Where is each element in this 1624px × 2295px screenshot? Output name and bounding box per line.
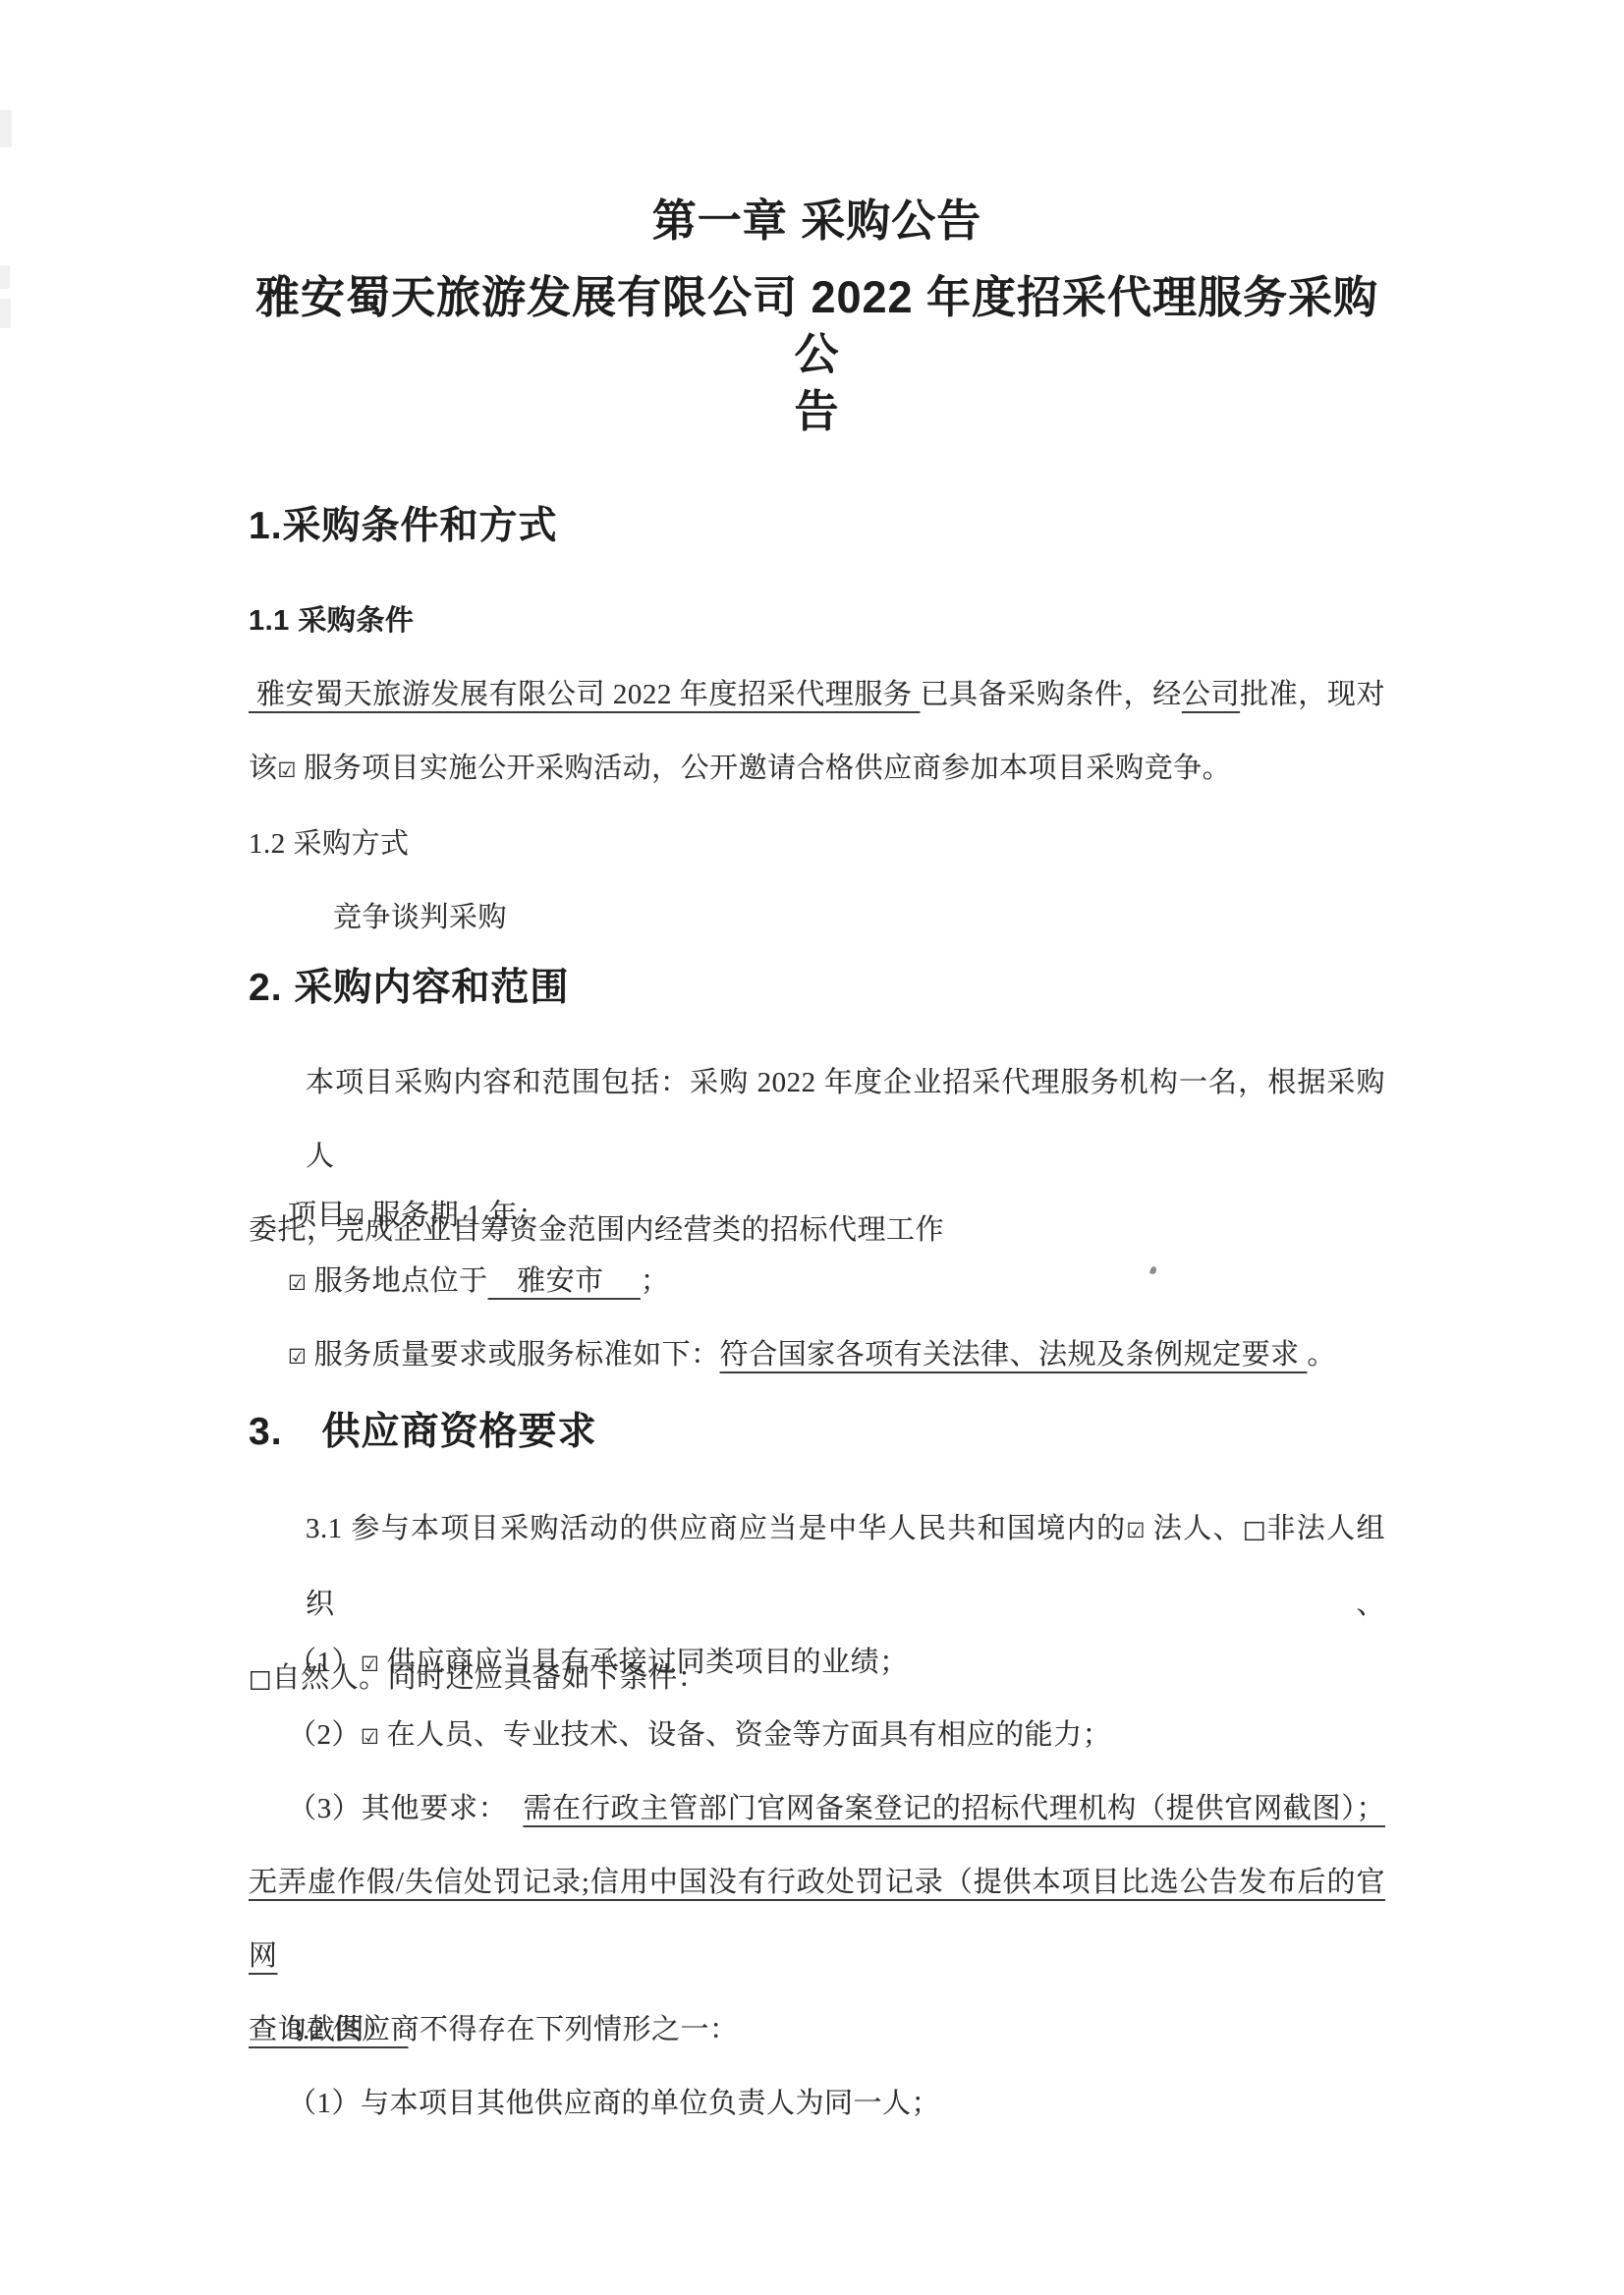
paragraph-text: 3.1 参与本项目采购活动的供应商应当是中华人民共和国境内的 [306, 1513, 1126, 1544]
service-location-punct: ； [641, 1265, 670, 1297]
service-period-line: 项目☑ 服务期 1 年； [249, 1179, 1425, 1255]
doc-title: 雅安蜀天旅游发展有限公司 2022 年度招采代理服务采购公告 [249, 269, 1385, 440]
scan-artifact [0, 299, 11, 328]
item-number: （1） [288, 1647, 361, 1678]
section-2-heading: 2. 采购内容和范围 [249, 965, 1385, 1012]
checked-checkbox-icon: ☑ [361, 1652, 379, 1676]
procurement-method-text: 竞争谈判采购 [333, 902, 507, 933]
paragraph-text: 批准，现对 [1240, 679, 1385, 710]
section-3-2-text: 3.2 供应商不得存在下列情形之一： [288, 2014, 739, 2045]
section-1-heading: 1.采购条件和方式 [249, 503, 1385, 550]
location-underlined: 雅安市 [488, 1265, 641, 1297]
section-1-2-heading: 1.2 采购方式 [249, 808, 1385, 881]
item-number: （2） [288, 1719, 361, 1751]
paragraph-line: （3）其他要求： 需在行政主管部门官网备案登记的招标代理机构（提供官网截图）； [249, 1772, 1385, 1846]
procurement-method: 竞争谈判采购 [249, 881, 1470, 955]
paragraph-text: 本项目采购内容和范围包括：采购 2022 年度企业招采代理服务机构一名，根据采购… [306, 1067, 1385, 1172]
chapter-title: 第一章 采购公告 [249, 193, 1385, 250]
checked-checkbox-icon: ☑ [361, 1725, 379, 1749]
section-1-heading-text: 1.采购条件和方式 [249, 505, 558, 547]
item-text: （1）与本项目其他供应商的单位负责人为同一人； [288, 2088, 940, 2119]
scan-artifact [0, 110, 12, 147]
doc-title-line1: 雅安蜀天旅游发展有限公司 2022 年度招采代理服务采购公 [249, 269, 1385, 383]
paragraph-line: 无弄虚作假/失信处罚记录;信用中国没有行政处罚记录（提供本项目比选公告发布后的官… [249, 1846, 1385, 1993]
condition-item-2: （2）☑ 在人员、专业技术、设备、资金等方面具有相应的能力； [249, 1699, 1425, 1774]
section-2-heading-text: 2. 采购内容和范围 [249, 967, 569, 1009]
section-1-1-heading: 1.1 采购条件 [249, 601, 1385, 641]
paragraph-text: 服务项目实施公开采购活动，公开邀请合格供应商参加本项目采购竞争。 [296, 753, 1231, 784]
condition-item-1: （1）☑ 供应商应当具有承接过同类项目的业绩； [249, 1626, 1425, 1702]
service-quality-line: ☑ 服务质量要求或服务标准如下：符合国家各项有关法律、法规及条例规定要求 。 [249, 1318, 1425, 1394]
other-requirements-underlined: 无弄虚作假/失信处罚记录;信用中国没有行政处罚记录（提供本项目比选公告发布后的官… [249, 1867, 1385, 1972]
company-underlined: 公司 [1182, 679, 1240, 710]
paragraph-text: 已具备采购条件，经 [920, 679, 1181, 710]
service-quality-label: 服务质量要求或服务标准如下： [307, 1339, 720, 1371]
section-3-heading: 3. 供应商资格要求 [249, 1409, 1385, 1456]
chapter-title-text: 第一章 采购公告 [652, 196, 982, 246]
purchase-conditions-paragraph: 雅安蜀天旅游发展有限公司 2022 年度招采代理服务 已具备采购条件，经公司批准… [249, 658, 1385, 808]
paragraph-line: 3.1 参与本项目采购活动的供应商应当是中华人民共和国境内的☑ 法人、□非法人组… [249, 1492, 1385, 1642]
unchecked-checkbox-icon: □ [1243, 1515, 1266, 1543]
doc-title-line2: 告 [249, 383, 1385, 440]
service-location-label: 服务地点位于 [307, 1265, 488, 1297]
checked-checkbox-icon: ☑ [288, 1271, 307, 1295]
section-3-heading-text: 3. 供应商资格要求 [249, 1411, 597, 1453]
service-location-line: ☑ 服务地点位于 雅安市 ； [249, 1245, 1425, 1320]
section-3-2-line: 3.2 供应商不得存在下列情形之一： [249, 1993, 1425, 2067]
item-text: 供应商应当具有承接过同类项目的业绩； [379, 1647, 909, 1678]
checked-checkbox-icon: ☑ [346, 1205, 364, 1229]
service-quality-punct: 。 [1307, 1339, 1336, 1371]
scan-artifact [0, 265, 10, 289]
paragraph-line: 本项目采购内容和范围包括：采购 2022 年度企业招采代理服务机构一名，根据采购… [249, 1046, 1385, 1194]
quality-standard-underlined: 符合国家各项有关法律、法规及条例规定要求 [720, 1339, 1308, 1371]
section-1-1-heading-text: 1.1 采购条件 [249, 605, 414, 637]
document-page: 第一章 采购公告 雅安蜀天旅游发展有限公司 2022 年度招采代理服务采购公告 … [0, 0, 1624, 2295]
checked-checkbox-icon: ☑ [278, 758, 297, 782]
item-text: 在人员、专业技术、设备、资金等方面具有相应的能力； [379, 1719, 1111, 1751]
checked-checkbox-icon: ☑ [288, 1345, 307, 1369]
checked-checkbox-icon: ☑ [1126, 1519, 1145, 1542]
section-1-2-heading-text: 1.2 采购方式 [249, 828, 410, 860]
other-requirements-underlined: 需在行政主管部门官网备案登记的招标代理机构（提供官网截图）； [523, 1793, 1385, 1824]
paragraph-line: 该☑ 服务项目实施公开采购活动，公开邀请合格供应商参加本项目采购竞争。 [249, 732, 1385, 808]
service-period-prefix: 项目 [288, 1200, 346, 1231]
paragraph-line: 雅安蜀天旅游发展有限公司 2022 年度招采代理服务 已具备采购条件，经公司批准… [249, 658, 1385, 732]
project-name-underlined: 雅安蜀天旅游发展有限公司 2022 年度招采代理服务 [249, 679, 920, 710]
prohibited-item-1: （1）与本项目其他供应商的单位负责人为同一人； [249, 2067, 1425, 2141]
service-period-text: 服务期 1 年； [364, 1200, 547, 1231]
item-number-label: （3）其他要求： [288, 1793, 523, 1824]
paragraph-text: 法人、 [1145, 1513, 1243, 1544]
paragraph-text: 该 [249, 753, 278, 784]
